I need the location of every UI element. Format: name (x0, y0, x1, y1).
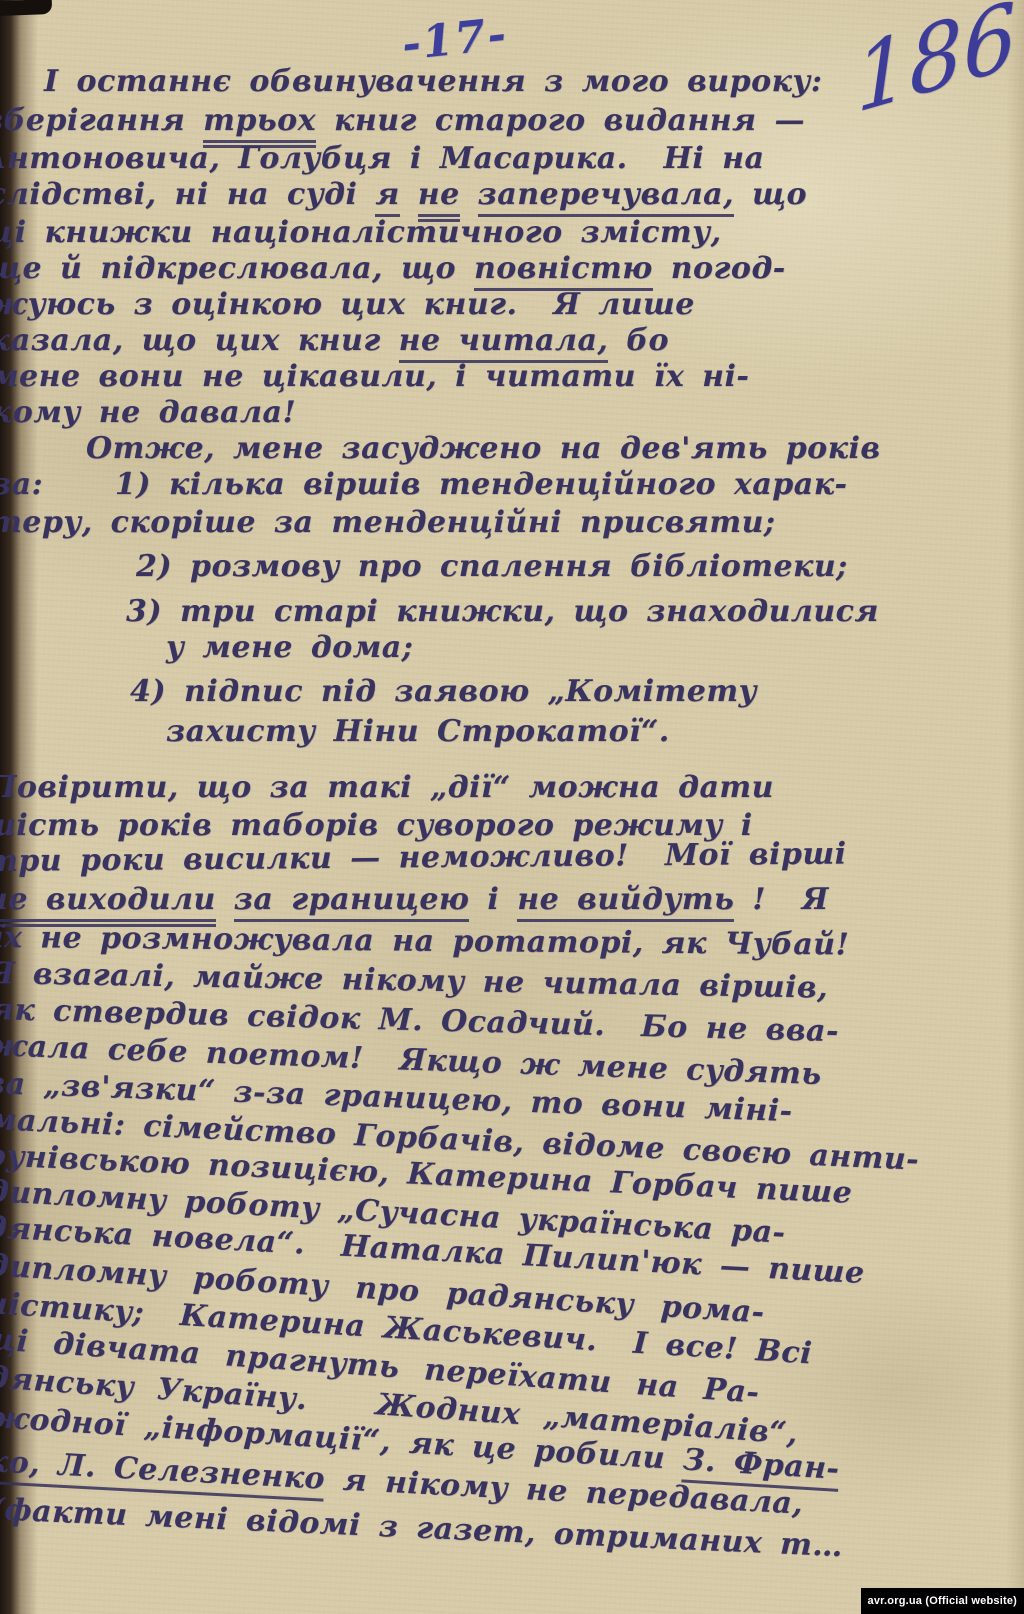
handwritten-line-18: захисту Ніни Строкатої“. (166, 714, 670, 749)
text-segment: зберігання (0, 103, 185, 138)
handwritten-line-10: кому не давала! (0, 395, 296, 430)
text-segment: ! Я (752, 882, 829, 917)
text-segment: слідстві, ні на суді (0, 177, 357, 212)
text-segment: їх не розмножувала на ротаторі, як Чубай… (0, 920, 849, 962)
text-segment: за: 1) кілька віршів тенденційного харак… (0, 467, 847, 502)
underlined-phrase: не читала, (399, 323, 609, 363)
watermark-badge: avr.org.ua (Official website) (861, 1588, 1024, 1614)
underlined-phrase: заперечувала, (478, 177, 734, 217)
underlined-phrase: за границею (234, 882, 470, 922)
handwritten-line-4: слідстві, ні на суді я не заперечувала, … (0, 177, 807, 212)
handwritten-line-11: Отже, мене засуджено на дев'ять років (86, 431, 881, 466)
handwritten-line-1: І останнє обвинувачення з мого вироку: (44, 64, 822, 99)
underlined-phrase: не вийдуть (517, 882, 734, 922)
text-segment: 3) три старі книжки, що знаходилися (126, 594, 879, 629)
text-segment: погод- (671, 251, 786, 286)
text-segment: казала, що цих книг (0, 323, 381, 358)
handwritten-line-6: ще й підкреслювала, що повністю погод- (0, 251, 786, 286)
text-segment: кому не давала! (0, 395, 296, 430)
text-segment: 4) підпис під заявою „Комітету (130, 674, 757, 709)
handwritten-line-19: Повірити, що за такі „дії“ можна дати (0, 770, 774, 805)
handwritten-line-17: 4) підпис під заявою „Комітету (130, 674, 757, 709)
handwritten-line-8: казала, що цих книг не читала, бо (0, 323, 669, 358)
text-segment: ще й підкреслювала, що (0, 251, 456, 286)
underlined-phrase: повністю (474, 251, 653, 291)
text-segment: що (752, 177, 807, 212)
handwritten-line-15: 3) три старі книжки, що знаходилися (126, 594, 879, 629)
text-segment: Повірити, що за такі „дії“ можна дати (0, 770, 774, 805)
handwritten-line-22: не виходили за границею і не вийдуть ! Я (0, 882, 829, 917)
handwritten-line-23: їх не розмножувала на ротаторі, як Чубай… (0, 920, 849, 962)
text-segment: жуюсь з оцінкою цих книг. Я лише (0, 287, 695, 322)
underlined-phrase: я (375, 177, 399, 217)
text-segment: Отже, мене засуджено на дев'ять років (86, 431, 881, 466)
handwritten-line-16: у мене дома; (166, 630, 413, 665)
handwritten-line-3: Антоновича, Голубця і Масарика. Ні на (0, 141, 764, 176)
text-segment: у мене дома; (166, 630, 413, 665)
handwritten-line-21: три роки висилки — неможливо! Мої вірші (0, 836, 847, 879)
handwritten-line-7: жуюсь з оцінкою цих книг. Я лише (0, 287, 695, 322)
manuscript-page: -17- 186 І останнє обвинувачення з мого … (0, 0, 1024, 1614)
text-segment: теру, скоріше за тенденційні присвяти; (0, 505, 776, 540)
text-segment: бо (626, 323, 669, 358)
handwritten-text: І останнє обвинувачення з мого вироку:зб… (0, 0, 1024, 1614)
text-segment: і (487, 882, 499, 917)
text-segment: 2) розмову про спалення бібліотеки; (136, 549, 848, 584)
text-segment: захисту Ніни Строкатої“. (166, 714, 670, 749)
handwritten-line-14: 2) розмову про спалення бібліотеки; (136, 549, 848, 584)
text-segment: книг старого видання — (334, 103, 805, 138)
underlined-phrase: ко, Л. Селезненко (0, 1444, 326, 1502)
text-segment: Антоновича, Голубця і Масарика. Ні на (0, 141, 764, 176)
text-segment: І останнє обвинувачення з мого вироку: (44, 64, 822, 99)
text-segment: мене вони не цікавили, і читати їх ні- (0, 359, 749, 394)
handwritten-line-2: зберігання трьох книг старого видання — (0, 103, 805, 138)
handwritten-line-5: ці книжки націоналістичного змісту, (0, 215, 722, 250)
text-segment: ці книжки націоналістичного змісту, (0, 215, 722, 250)
handwritten-line-13: теру, скоріше за тенденційні присвяти; (0, 505, 776, 540)
text-segment: три роки висилки — неможливо! Мої вірші (0, 836, 847, 879)
handwritten-line-12: за: 1) кілька віршів тенденційного харак… (0, 467, 847, 502)
handwritten-line-9: мене вони не цікавили, і читати їх ні- (0, 359, 749, 394)
